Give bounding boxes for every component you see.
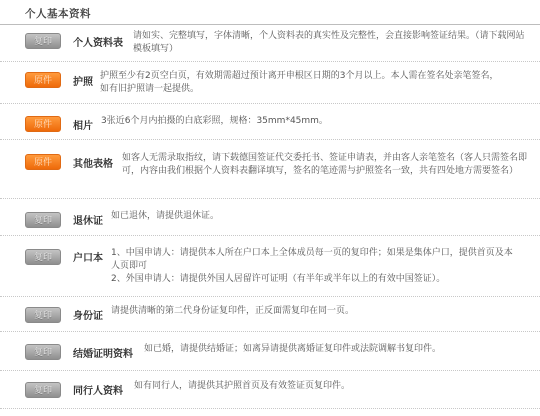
- item-description-line-2: 2、外国申请人：请提供外国人居留许可证明（有半年或半年以上的有效中国签证）。: [111, 273, 521, 286]
- item-label: 其他表格: [73, 155, 113, 170]
- item-description: 如有同行人，请提供其护照首页及有效签证页复印件。: [134, 380, 524, 393]
- original-badge: 原件: [25, 72, 61, 88]
- item-label: 相片: [73, 117, 93, 132]
- copy-badge: 复印: [25, 249, 61, 265]
- list-item-photo: 原件 相片 3张近6个月内拍摄的白底彩照，规格：35mm*45mm。: [0, 104, 540, 140]
- original-badge: 原件: [25, 154, 61, 170]
- original-badge: 原件: [25, 116, 61, 132]
- list-item-household-register: 复印 户口本 1、中国申请人：请提供本人所在户口本上全体成员每一页的复印件；如果…: [0, 236, 540, 297]
- list-item-other-forms: 原件 其他表格 如客人无需录取指纹，请下载德国签证代交委托书、签证申请表，并由客…: [0, 140, 540, 199]
- copy-badge: 复印: [25, 382, 61, 398]
- copy-badge: 复印: [25, 307, 61, 323]
- item-description: 如客人无需录取指纹，请下载德国签证代交委托书、签证申请表，并由客人亲笔签名（客人…: [122, 152, 527, 178]
- list-item-passport: 原件 护照 护照至少有2页空白页，有效期需超过预计离开申根区日期的3个月以上。本…: [0, 62, 540, 104]
- item-label: 结婚证明资料: [73, 345, 133, 360]
- section-header: 个人基本资料: [0, 0, 540, 25]
- list-item-companion: 复印 同行人资料 如有同行人，请提供其护照首页及有效签证页复印件。: [0, 371, 540, 409]
- copy-badge: 复印: [25, 344, 61, 360]
- item-label: 身份证: [73, 307, 103, 322]
- item-description: 请如实、完整填写，字体清晰，个人资料表的真实性及完整性，会直接影响签证结果。（请…: [133, 30, 528, 56]
- list-item-personal-form: 复印 个人资料表 请如实、完整填写，字体清晰，个人资料表的真实性及完整性，会直接…: [0, 25, 540, 62]
- item-label: 同行人资料: [73, 382, 123, 397]
- item-description: 如已退休，请提供退休证。: [111, 210, 511, 223]
- item-label: 退休证: [73, 212, 103, 227]
- copy-badge: 复印: [25, 33, 61, 49]
- list-item-id-card: 复印 身份证 请提供清晰的第二代身份证复印件，正反面需复印在同一页。: [0, 297, 540, 332]
- list-item-marriage-proof: 复印 结婚证明资料 如已婚，请提供结婚证；如离异请提供离婚证复印件或法院调解书复…: [0, 332, 540, 371]
- section-title: 个人基本资料: [25, 6, 91, 21]
- item-description: 护照至少有2页空白页，有效期需超过预计离开申根区日期的3个月以上。本人需在签名处…: [100, 70, 500, 96]
- item-label: 个人资料表: [73, 34, 123, 49]
- item-description: 3张近6个月内拍摄的白底彩照，规格：35mm*45mm。: [101, 115, 501, 128]
- list-item-retirement: 复印 退休证 如已退休，请提供退休证。: [0, 199, 540, 236]
- item-label: 护照: [73, 73, 93, 88]
- item-description: 如已婚，请提供结婚证；如离异请提供离婚证复印件或法院调解书复印件。: [144, 343, 534, 356]
- item-description: 请提供清晰的第二代身份证复印件，正反面需复印在同一页。: [111, 305, 531, 318]
- copy-badge: 复印: [25, 212, 61, 228]
- item-label: 户口本: [73, 249, 103, 264]
- item-description-line-1: 1、中国申请人：请提供本人所在户口本上全体成员每一页的复印件；如果是集体户口，提…: [111, 247, 521, 273]
